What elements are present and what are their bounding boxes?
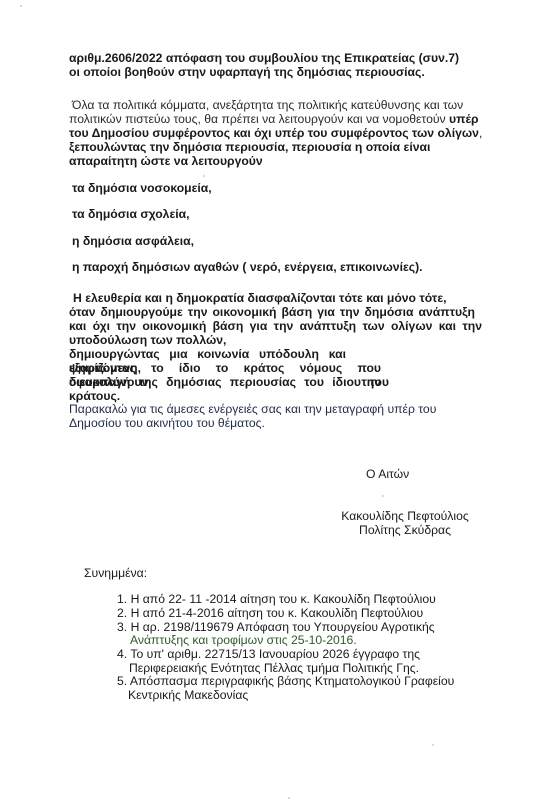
paragraph1-line-2-bold: υπέρ (449, 112, 478, 126)
intro-line-1: αριθμ.2606/2022 απόφαση του συμβουλίου τ… (69, 51, 459, 65)
attachment-number: 3. (117, 620, 127, 634)
attachment-item-4-continued: Περιφερειακής Ενότητας Πέλλας τμήμα Πολι… (129, 661, 419, 675)
scan-speck (382, 495, 384, 497)
attachment-number: 4. (117, 647, 127, 661)
paragraph1-line-3-comma: , (479, 126, 482, 140)
paragraph1-line-1: Όλα τα πολιτικά κόμματα, ανεξάρτητα της … (72, 98, 463, 112)
service-security: η δημόσια ασφάλεια, (72, 234, 194, 248)
signature-role: Ο Αιτών (366, 467, 409, 481)
document-page: αριθμ.2606/2022 απόφαση του συμβουλίου τ… (0, 0, 557, 809)
scan-speck (203, 175, 205, 177)
attachment-number: 2. (117, 606, 127, 620)
attachment-text: Το υπ' αριθμ. 22715/13 Ιανουαρίου 2026 έ… (130, 647, 420, 661)
signature-title: Πολίτης Σκύδρας (330, 523, 480, 537)
attachment-text: Απόσπασμα περιγραφικής βάσης Κτηματολογι… (130, 674, 454, 688)
attachment-item-1: 1. Η από 22- 11 -2014 αίτηση του κ. Κακο… (117, 592, 436, 606)
paragraph1-line-4: ξεπουλώντας την δημόσια περιουσία, περιο… (69, 140, 430, 154)
scan-speck (432, 744, 434, 746)
paragraph1-line-3: του Δημοσίου συμφέροντος και όχι υπέρ το… (69, 126, 482, 140)
attachment-number: 1. (117, 592, 127, 606)
request-line-1: Παρακαλώ για τις άμεσες ενέργειές σας κα… (69, 402, 436, 416)
service-schools: τα δημόσια σχολεία, (72, 207, 190, 221)
paragraph2-line-1: Η ελευθερία και η δημοκρατία διασφαλίζον… (73, 291, 447, 305)
request-line-2: Δημοσίου του ακινήτου του θέματος. (69, 416, 265, 430)
attachment-item-5: 5. Απόσπασμα περιγραφικής βάσης Κτηματολ… (117, 674, 454, 688)
service-hospitals: τα δημόσια νοσοκομεία, (72, 181, 212, 195)
attachment-item-2: 2. Η από 21-4-2016 αίτηση του κ. Κακουλί… (117, 606, 423, 620)
attachment-item-3: 3. Η αρ. 2198/119679 Απόφαση του Υπουργε… (117, 620, 435, 634)
attachment-item-5-continued: Κεντρικής Μακεδονίας (128, 688, 248, 702)
scan-speck (288, 797, 290, 799)
paragraph1-line-3-bold: του Δημοσίου συμφέροντος και όχι υπέρ το… (69, 126, 479, 140)
paragraph1-line-5: απαραίτητη ώστε να λειτουργούν (69, 154, 263, 168)
attachment-number: 5. (117, 674, 127, 688)
attachment-item-3-continued: Ανάπτυξης και τροφίμων στις 25-10-2016. (130, 633, 357, 647)
paragraph2-line-2: όταν δημιουργούμε την οικονομική βάση γι… (69, 305, 475, 319)
paragraph2-line-3: και όχι την οικονομική βάση για την ανάπ… (69, 319, 482, 333)
attachment-text: Η από 22- 11 -2014 αίτηση του κ. Κακουλί… (131, 592, 436, 606)
paragraph1-line-2-text: πολιτικών πιστεύω τους, θα πρέπει να λει… (69, 112, 449, 126)
intro-line-2: οι οποίοι βοηθούν στην υφαρπαγή της δημό… (69, 65, 425, 79)
attachment-text: Η από 21-4-2016 αίτηση του κ. Κακουλίδη … (131, 606, 424, 620)
attachment-text: Η αρ. 2198/119679 Απόφαση του Υπουργείου… (131, 620, 435, 634)
paragraph1-line-2: πολιτικών πιστεύω τους, θα πρέπει να λει… (69, 112, 478, 126)
scan-speck (20, 5, 22, 7)
attachment-item-4: 4. Το υπ' αριθμ. 22715/13 Ιανουαρίου 202… (117, 647, 420, 661)
attachments-heading: Συνημμένα: (84, 566, 147, 580)
service-public-goods: η παροχή δημόσιων αγαθών ( νερό, ενέργει… (72, 260, 423, 274)
paragraph2-line-4: υποδούλωση των πολλών, (69, 333, 226, 347)
signature-name: Κακουλίδης Πεφτούλιος (330, 509, 480, 523)
paragraph2-line-7: υφαρπαγή της δημόσιας περιουσίας του ίδι… (69, 375, 389, 403)
